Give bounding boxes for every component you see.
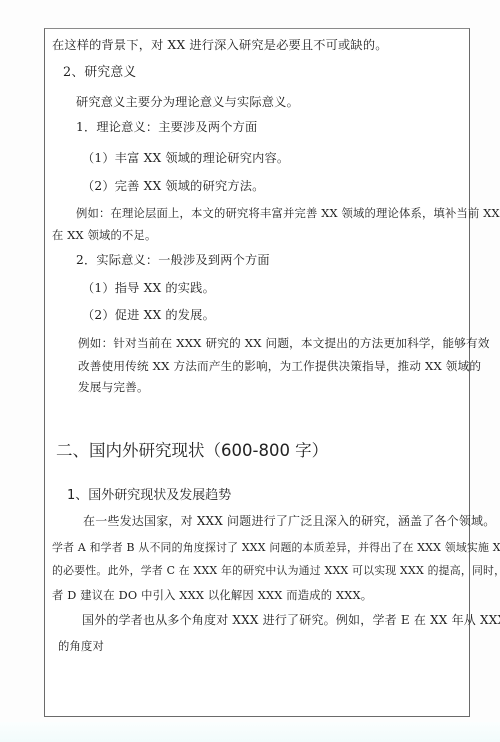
example-text-line: 例如：在理论层面上，本文的研究将丰富并完善 XX 领域的理论体系，填补当前 XX	[76, 206, 500, 222]
list-heading-theoretical: 1．理论意义：主要涉及两个方面	[76, 119, 257, 135]
example-text-line: 在 XX 领域的不足。	[52, 228, 157, 244]
subheading-foreign-status: 1、国外研究现状及发展趋势	[67, 486, 231, 506]
list-item: （1）丰富 XX 领域的理论研究内容。	[82, 150, 289, 166]
example-text-line: 例如：针对当前在 XXX 研究的 XX 问题，本文提出的方法更加科学，能够有效	[78, 335, 490, 351]
body-text-line: 研究意义主要分为理论意义与实际意义。	[76, 94, 299, 110]
body-text-line: 的角度对	[58, 639, 104, 655]
example-text-line: 发展与完善。	[78, 379, 149, 395]
body-text-line: 学者 A 和学者 B 从不同的角度探讨了 XXX 问题的本质差异，并得出了在 X…	[52, 540, 500, 556]
subheading-research-significance: 2、研究意义	[63, 65, 136, 81]
body-text-line: 者 D 建议在 DO 中引入 XXX 以化解因 XXX 而造成的 XXX。	[52, 588, 372, 604]
list-item: （2）完善 XX 领域的研究方法。	[82, 178, 265, 194]
body-text-line: 在一些发达国家，对 XXX 问题进行了广泛且深入的研究，涵盖了各个领域。	[83, 513, 495, 529]
list-heading-practical: 2．实际意义：一般涉及到两个方面	[76, 252, 270, 268]
section-heading-research-status: 二、国内外研究现状（600-800 字）	[56, 441, 328, 461]
list-item: （2）促进 XX 的发展。	[82, 307, 215, 323]
example-text-line: 改善使用传统 XX 方法而产生的影响，为工作提供决策指导，推动 XX 领域的	[78, 358, 481, 374]
body-text-line: 在这样的背景下，对 XX 进行深入研究是必要且不可或缺的。	[52, 37, 388, 53]
body-text-line: 的必要性。此外，学者 C 在 XXX 年的研究中认为通过 XXX 可以实现 XX…	[52, 563, 500, 579]
body-text-line: 国外的学者也从多个角度对 XXX 进行了研究。例如，学者 E 在 XX 年从 X…	[82, 612, 500, 628]
page-bottom-margin	[0, 722, 500, 742]
list-item: （1）指导 XX 的实践。	[82, 280, 215, 296]
